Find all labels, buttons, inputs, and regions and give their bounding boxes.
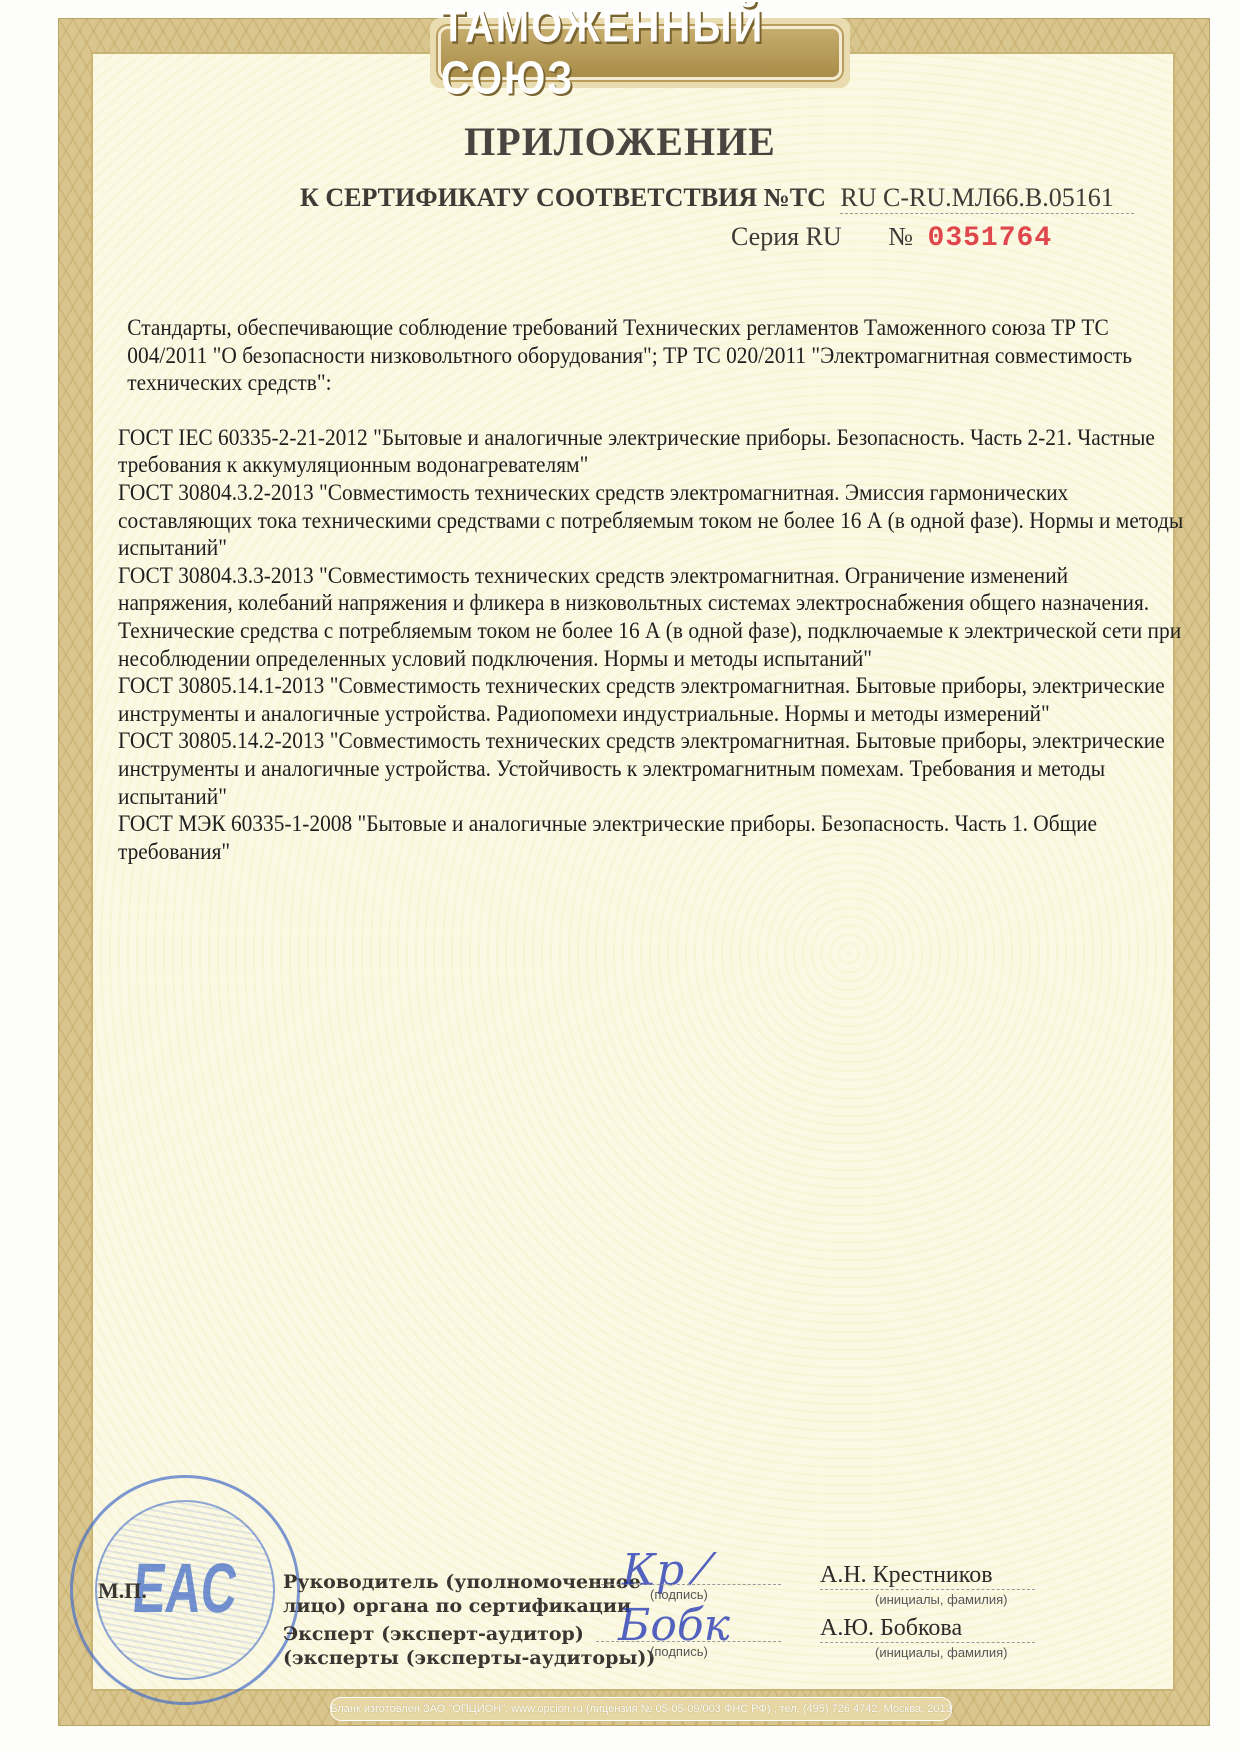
expert-label: Эксперт (эксперт-аудитор) (эксперты (экс… bbox=[283, 1622, 655, 1670]
head-label-line2: лицо) органа по сертификации bbox=[283, 1594, 641, 1618]
head-signature-line bbox=[596, 1584, 781, 1585]
customs-union-badge: ТАМОЖЕННЫЙ СОЮЗ bbox=[430, 18, 850, 88]
footer-text: Бланк изготовлен ЗАО "ОПЦИОН", www.opcio… bbox=[330, 1703, 952, 1715]
badge-plate: ТАМОЖЕННЫЙ СОЮЗ bbox=[438, 26, 842, 80]
certificate-number-line: К СЕРТИФИКАТУ СООТВЕТСТВИЯ №ТС RU C-RU.М… bbox=[300, 183, 1134, 214]
expert-label-line1: Эксперт (эксперт-аудитор) bbox=[283, 1622, 655, 1646]
badge-text: ТАМОЖЕННЫЙ СОЮЗ bbox=[441, 1, 839, 105]
cert-label: К СЕРТИФИКАТУ СООТВЕТСТВИЯ bbox=[300, 183, 757, 212]
standard-item: ГОСТ МЭК 60335-1-2008 "Бытовые и аналоги… bbox=[118, 810, 1188, 865]
expert-name: А.Ю. Бобкова bbox=[820, 1615, 962, 1642]
head-name: А.Н. Крестников bbox=[820, 1562, 993, 1589]
cert-no-prefix: №ТС bbox=[764, 183, 826, 212]
head-name-line bbox=[820, 1589, 1035, 1590]
standard-item: ГОСТ 30805.14.1-2013 "Совместимость техн… bbox=[118, 672, 1188, 727]
head-label-line1: Руководитель (уполномоченное bbox=[283, 1570, 641, 1594]
expert-label-line2: (эксперты (эксперты-аудиторы)) bbox=[283, 1646, 655, 1670]
printer-footer: Бланк изготовлен ЗАО "ОПЦИОН", www.opcio… bbox=[330, 1697, 952, 1721]
series-label: Серия bbox=[731, 222, 799, 251]
head-signature-caption: (подпись) bbox=[650, 1587, 708, 1602]
seal-place-label: М.П. bbox=[98, 1578, 147, 1604]
certificate-sheet bbox=[91, 52, 1175, 1691]
head-label: Руководитель (уполномоченное лицо) орган… bbox=[283, 1570, 641, 1618]
standard-item: ГОСТ 30804.3.2-2013 "Совместимость техни… bbox=[118, 479, 1188, 562]
series-value: RU bbox=[806, 222, 842, 251]
expert-signature-line bbox=[596, 1641, 781, 1642]
intro-paragraph: Стандарты, обеспечивающие соблюдение тре… bbox=[127, 314, 1141, 397]
series-line: Серия RU № 0351764 bbox=[731, 222, 1052, 254]
head-name-caption: (инициалы, фамилия) bbox=[875, 1592, 1007, 1607]
expert-name-line bbox=[820, 1642, 1035, 1643]
page-title: ПРИЛОЖЕНИЕ bbox=[0, 118, 1240, 165]
expert-name-caption: (инициалы, фамилия) bbox=[875, 1645, 1007, 1660]
standard-item: ГОСТ 30804.3.3-2013 "Совместимость техни… bbox=[118, 562, 1188, 672]
expert-signature-caption: (подпись) bbox=[650, 1644, 708, 1659]
serial-number: 0351764 bbox=[928, 223, 1053, 254]
standard-item: ГОСТ 30805.14.2-2013 "Совместимость техн… bbox=[118, 727, 1188, 810]
standard-item: ГОСТ IEC 60335-2-21-2012 "Бытовые и анал… bbox=[118, 424, 1188, 479]
standards-section: Стандарты, обеспечивающие соблюдение тре… bbox=[118, 314, 1104, 865]
serial-prefix: № bbox=[888, 222, 913, 251]
cert-number: RU C-RU.МЛ66.В.05161 bbox=[840, 183, 1133, 214]
